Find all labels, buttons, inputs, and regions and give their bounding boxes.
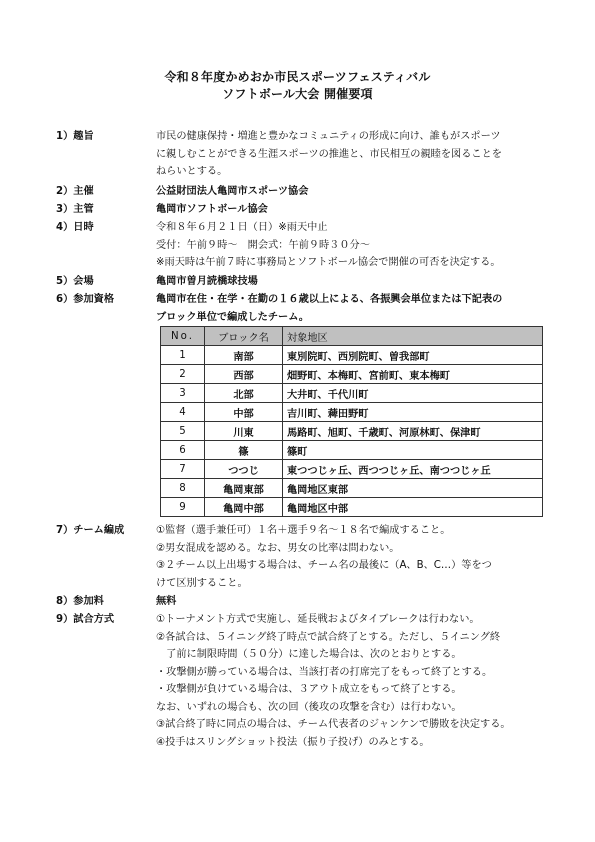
title-line-2: ソフトボール大会 開催要項 (0, 85, 595, 102)
table-row: 6篠篠町 (161, 441, 543, 460)
section-text: 市民の健康保持・増進と豊かなコミュニティの形成に向け、誰もがスポーツ (156, 128, 556, 146)
section-text: ・攻撃側が負けている場合は、３アウト成立をもって終了とする。 (156, 681, 556, 699)
cell-block: 南部 (205, 346, 283, 365)
cell-no: 3 (161, 384, 205, 403)
cell-block: 川東 (205, 422, 283, 441)
section-text: ねらいとする。 (156, 163, 556, 181)
cell-no: 9 (161, 498, 205, 517)
table-row: 5川東馬路町、旭町、千歳町、河原林町、保津町 (161, 422, 543, 441)
cell-block: 亀岡東部 (205, 479, 283, 498)
table-row: 9亀岡中部亀岡地区中部 (161, 498, 543, 517)
cell-area: 篠町 (283, 441, 543, 460)
table-row: 8亀岡東部亀岡地区東部 (161, 479, 543, 498)
section-text: 了前に制限時間（５０分）に達した場合は、次のとおりとする。 (156, 646, 556, 664)
cell-block: 西部 (205, 365, 283, 384)
section-label: 4）日時 (56, 219, 146, 237)
cell-block: 篠 (205, 441, 283, 460)
section-text: ③試合終了時に同点の場合は、チーム代表者のジャンケンで勝敗を決定する。 (156, 716, 556, 734)
table-row: 7つつじ東つつじヶ丘、西つつじヶ丘、南つつじヶ丘 (161, 460, 543, 479)
section-text: ④投手はスリングショット投法（振り子投げ）のみとする。 (156, 734, 556, 752)
cell-area: 馬路町、旭町、千歳町、河原林町、保津町 (283, 422, 543, 441)
section-text: ブロック単位で編成したチーム。 (156, 309, 556, 327)
section-text: ③２チーム以上出場する場合は、チーム名の最後に（A、B、C…）等をつ (156, 557, 556, 575)
cell-area: 吉川町、薭田野町 (283, 403, 543, 422)
column-header-area: 対象地区 (283, 327, 543, 346)
table-row: 1南部東別院町、西別院町、曽我部町 (161, 346, 543, 365)
cell-no: 6 (161, 441, 205, 460)
section-text: ②各試合は、５イニング終了時点で試合終了とする。ただし、５イニング終 (156, 629, 556, 647)
section-text: けて区別すること。 (156, 575, 556, 593)
cell-no: 4 (161, 403, 205, 422)
section-label: 6）参加資格 (56, 291, 146, 309)
section-label: 9）試合方式 (56, 611, 146, 629)
section-text: ・攻撃側が勝っている場合は、当該打者の打席完了をもって終了とする。 (156, 664, 556, 682)
cell-area: 東別院町、西別院町、曽我部町 (283, 346, 543, 365)
section-text: 公益財団法人亀岡市スポーツ協会 (156, 183, 556, 201)
table-header-row: No. ブロック名 対象地区 (161, 327, 543, 346)
cell-block: つつじ (205, 460, 283, 479)
section-text: 亀岡市ソフトボール協会 (156, 201, 556, 219)
section-label: 1）趣旨 (56, 128, 146, 146)
table-row: 3北部大井町、千代川町 (161, 384, 543, 403)
block-table: No. ブロック名 対象地区 1南部東別院町、西別院町、曽我部町 2西部畑野町、… (160, 326, 543, 517)
section-text: に親しむことができる生涯スポーツの推進と、市民相互の親睦を図ることを (156, 146, 556, 164)
cell-block: 亀岡中部 (205, 498, 283, 517)
title-line-1: 令和８年度かめおか市民スポーツフェスティバル (0, 68, 595, 85)
cell-no: 8 (161, 479, 205, 498)
cell-block: 中部 (205, 403, 283, 422)
section-text: ②男女混成を認める。なお、男女の比率は問わない。 (156, 540, 556, 558)
section-label: 5）会場 (56, 273, 146, 291)
section-text: 無料 (156, 593, 556, 611)
section-label: 8）参加料 (56, 593, 146, 611)
section-text: 亀岡市在住・在学・在勤の１６歳以上による、各振興会単位または下記表の (156, 291, 556, 309)
section-text: なお、いずれの場合も、次の回（後攻の攻撃を含む）は行わない。 (156, 699, 556, 717)
cell-area: 東つつじヶ丘、西つつじヶ丘、南つつじヶ丘 (283, 460, 543, 479)
cell-block: 北部 (205, 384, 283, 403)
column-header-block-name: ブロック名 (205, 327, 283, 346)
cell-no: 7 (161, 460, 205, 479)
cell-area: 大井町、千代川町 (283, 384, 543, 403)
section-text: 亀岡市曽月読橋球技場 (156, 273, 556, 291)
section-text: 令和８年６月２１日（日）※雨天中止 (156, 219, 556, 237)
cell-no: 2 (161, 365, 205, 384)
column-header-no: No. (161, 327, 205, 346)
section-label: 3）主管 (56, 201, 146, 219)
section-label: 7）チーム編成 (56, 522, 146, 540)
cell-area: 亀岡地区中部 (283, 498, 543, 517)
cell-area: 亀岡地区東部 (283, 479, 543, 498)
section-text: 受付：午前９時～ 開会式：午前９時３０分～ (156, 237, 556, 255)
cell-area: 畑野町、本梅町、宮前町、東本梅町 (283, 365, 543, 384)
cell-no: 1 (161, 346, 205, 365)
table-row: 4中部吉川町、薭田野町 (161, 403, 543, 422)
section-label: 2）主催 (56, 183, 146, 201)
section-text: ※雨天時は午前７時に事務局とソフトボール協会で開催の可否を決定する。 (156, 254, 556, 272)
cell-no: 5 (161, 422, 205, 441)
table-row: 2西部畑野町、本梅町、宮前町、東本梅町 (161, 365, 543, 384)
section-text: ①トーナメント方式で実施し、延長戦およびタイブレークは行わない。 (156, 611, 556, 629)
section-text: ①監督（選手兼任可）１名＋選手９名～１８名で編成すること。 (156, 522, 556, 540)
